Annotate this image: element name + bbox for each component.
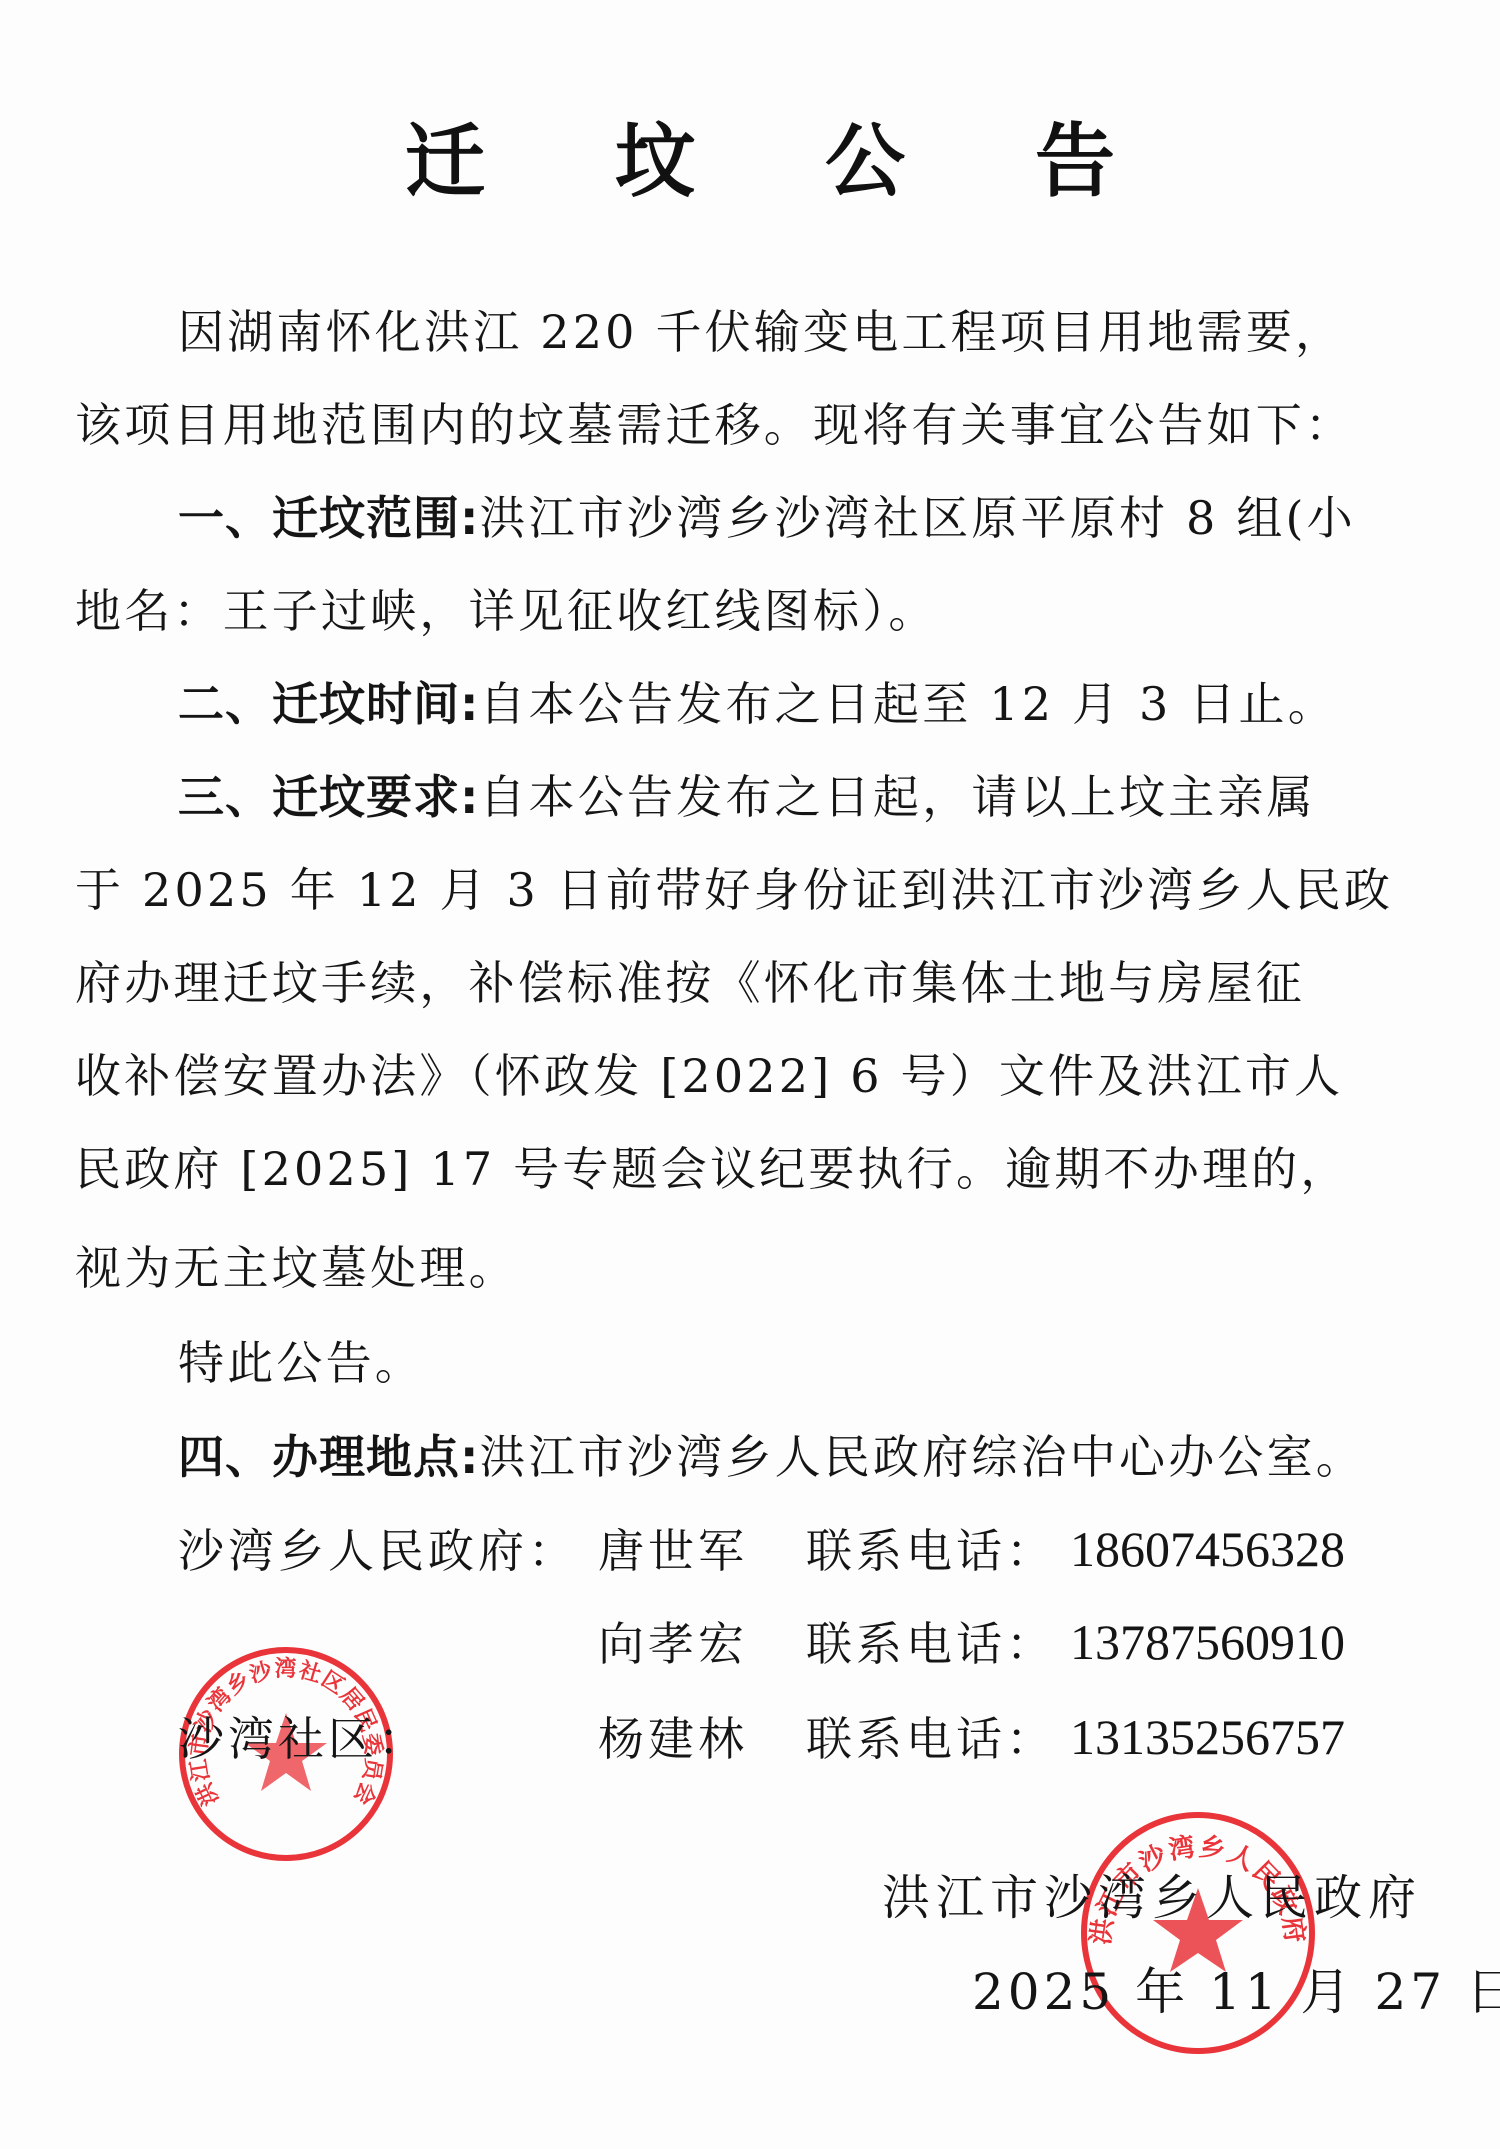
- contact-name: 杨建林: [598, 1709, 748, 1769]
- section-3-line-1: 三、迁坟要求:自本公告发布之日起，请以上坟主亲属: [178, 767, 1500, 827]
- intro-line-2: 该项目用地范围内的坟墓需迁移。现将有关事宜公告如下：: [75, 395, 1405, 455]
- document-title: 迁 坟 公 告: [400, 112, 1120, 212]
- intro-line-1: 因湖南怀化洪江 220 千伏输变电工程项目用地需要，: [178, 302, 1500, 362]
- section-2-heading: 二、迁坟时间:: [178, 677, 479, 731]
- section-3-line-5: 民政府 [2025] 17 号专题会议纪要执行。逾期不办理的，: [75, 1139, 1405, 1199]
- section-3-line-3: 府办理迁坟手续，补偿标准按《怀化市集体土地与房屋征: [75, 953, 1405, 1013]
- contact-org-gov-label: 沙湾乡人民政府：: [178, 1521, 578, 1581]
- issue-date: 2025 年 11 月 27 日: [972, 1962, 1500, 2022]
- section-2-line: 二、迁坟时间:自本公告发布之日起至 12 月 3 日止。: [178, 674, 1500, 734]
- contact-phone-label: 联系电话：: [806, 1521, 1056, 1581]
- contact-name: 向孝宏: [598, 1614, 748, 1674]
- title-char: 公: [820, 112, 910, 212]
- title-char: 坟: [610, 112, 700, 212]
- section-4-line: 四、办理地点:洪江市沙湾乡人民政府综治中心办公室。: [178, 1427, 1500, 1487]
- section-4-text: 洪江市沙湾乡人民政府综治中心办公室。: [479, 1430, 1365, 1484]
- section-1-line-1: 一、迁坟范围:洪江市沙湾乡沙湾社区原平原村 8 组(小: [178, 488, 1500, 548]
- section-3-text: 自本公告发布之日起，请以上坟主亲属: [479, 770, 1315, 824]
- title-char: 迁: [400, 112, 490, 212]
- contact-phone-label: 联系电话：: [806, 1614, 1056, 1674]
- section-3-line-6: 视为无主坟墓处理。: [75, 1238, 1405, 1298]
- notice-page: 迁 坟 公 告 因湖南怀化洪江 220 千伏输变电工程项目用地需要， 该项目用地…: [0, 0, 1500, 2149]
- section-3-line-4: 收补偿安置办法》（怀政发 [2022] 6 号）文件及洪江市人: [75, 1046, 1405, 1106]
- section-2-text: 自本公告发布之日起至 12 月 3 日止。: [479, 677, 1337, 731]
- contact-org-community-label: 沙湾社区：: [178, 1709, 428, 1769]
- section-1-text: 洪江市沙湾乡沙湾社区原平原村 8 组(小: [479, 491, 1355, 545]
- title-char: 告: [1030, 112, 1120, 212]
- contact-name: 唐世军: [598, 1521, 748, 1581]
- issuer-name: 洪江市沙湾乡人民政府: [882, 1868, 1422, 1928]
- section-3-line-2: 于 2025 年 12 月 3 日前带好身份证到洪江市沙湾乡人民政: [75, 860, 1405, 920]
- section-3-heading: 三、迁坟要求:: [178, 770, 479, 824]
- contact-phone: 18607456328: [1070, 1519, 1345, 1579]
- contact-phone: 13787560910: [1070, 1612, 1345, 1672]
- section-4-heading: 四、办理地点:: [178, 1430, 479, 1484]
- closing-line: 特此公告。: [178, 1333, 1500, 1393]
- contact-phone-label: 联系电话：: [806, 1709, 1056, 1769]
- contact-phone: 13135256757: [1070, 1707, 1345, 1767]
- section-1-heading: 一、迁坟范围:: [178, 491, 479, 545]
- section-1-line-2: 地名：王子过峡，详见征收红线图标）。: [75, 581, 1405, 641]
